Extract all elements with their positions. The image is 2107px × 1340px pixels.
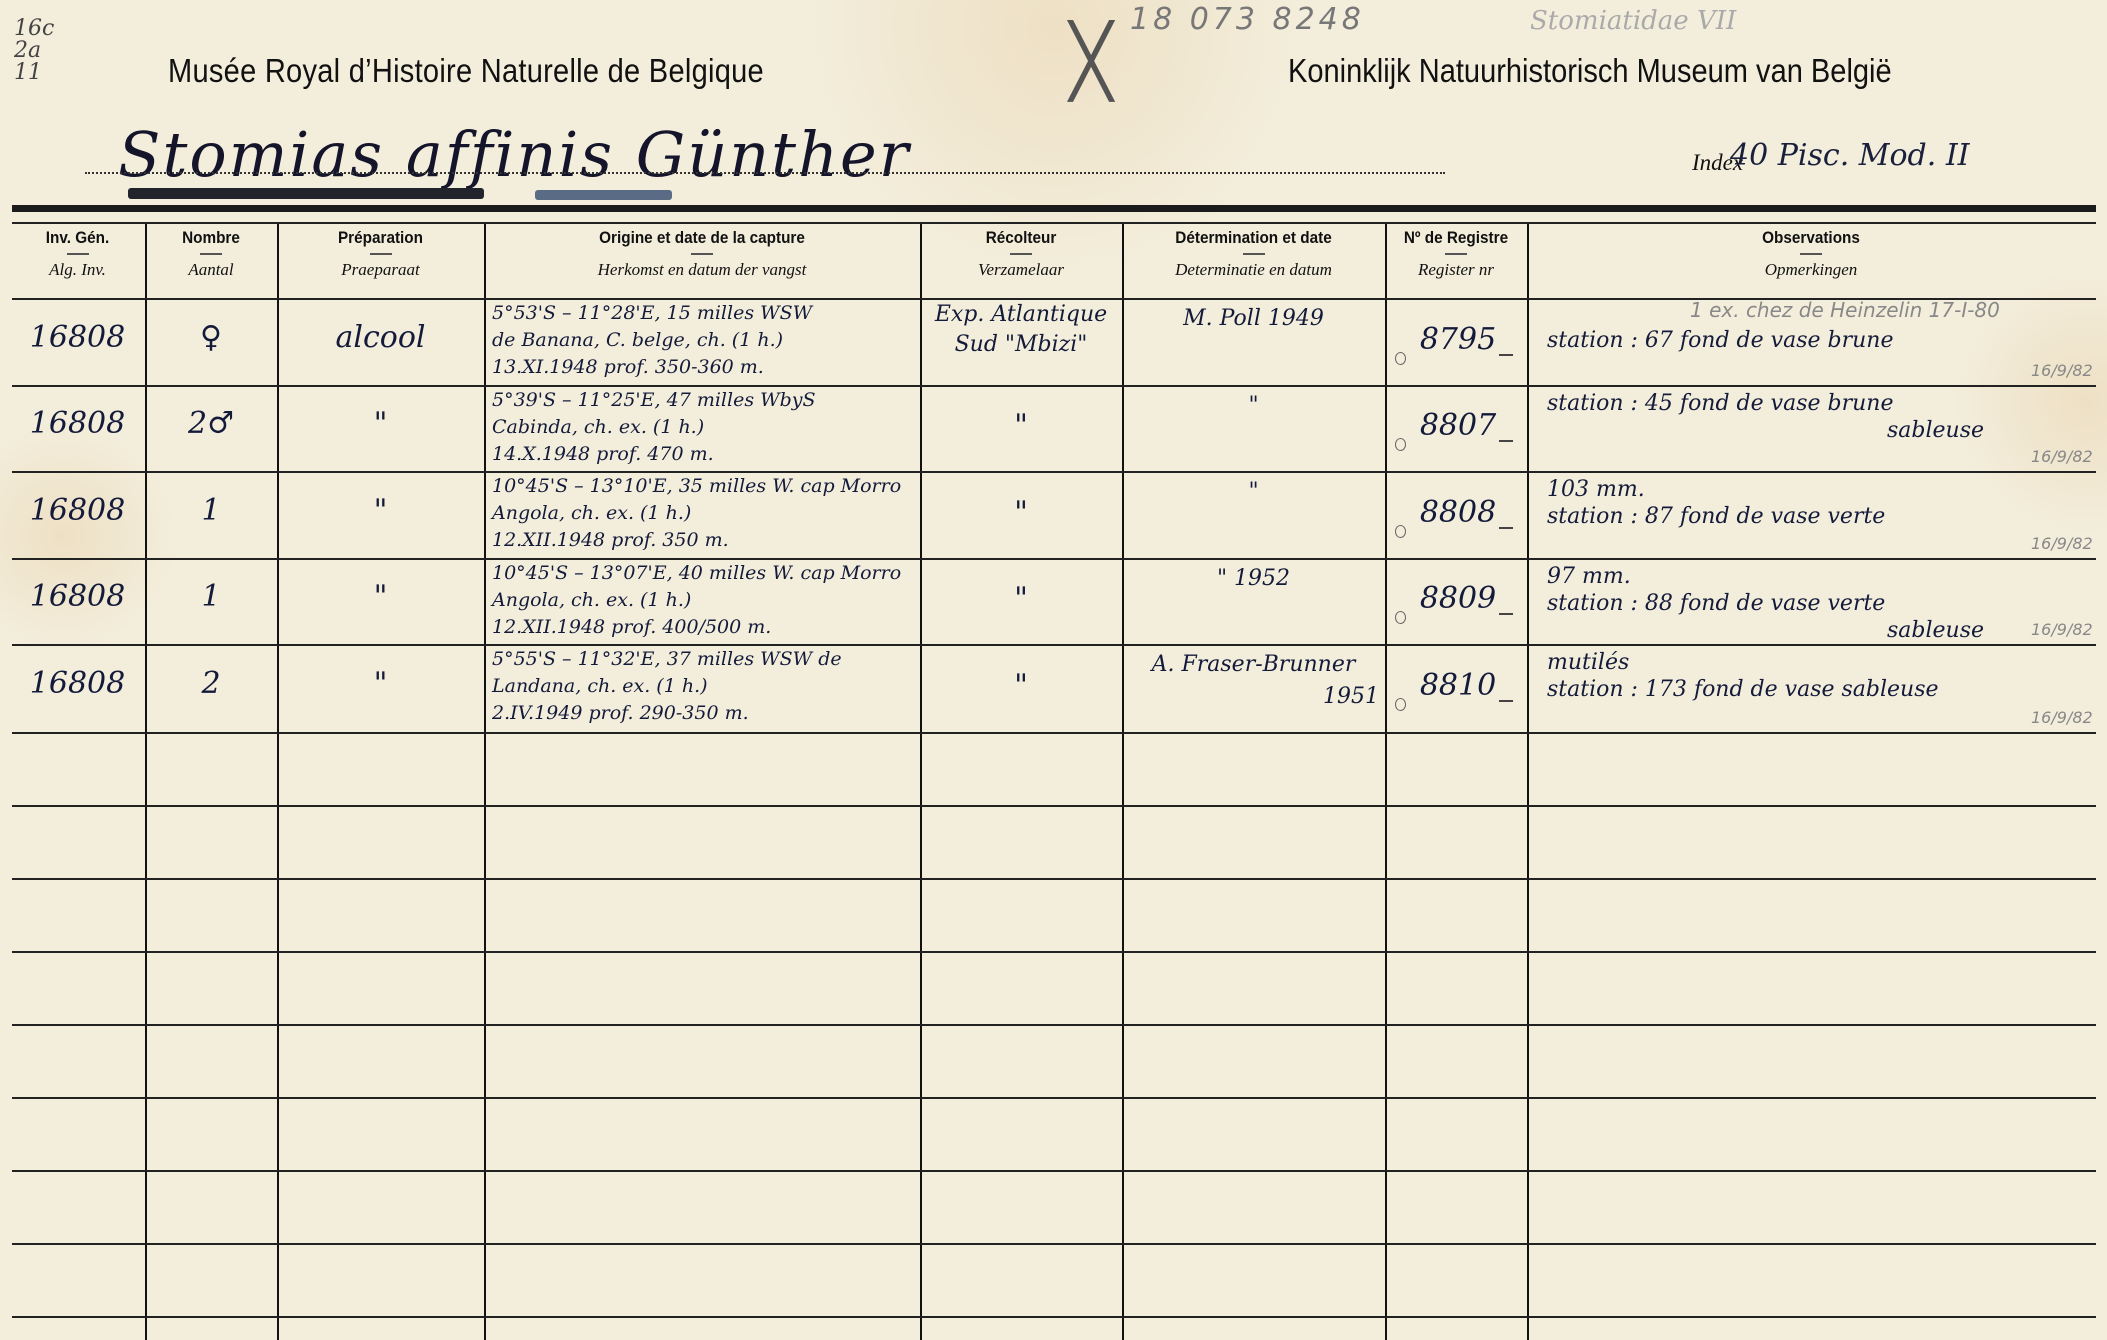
registre-cell[interactable]: 8808 bbox=[1407, 495, 1509, 530]
column-header-dash bbox=[370, 253, 392, 255]
nombre-cell[interactable]: 2♂ bbox=[145, 406, 277, 441]
origine-line[interactable]: 10°45'S – 13°07'E, 40 milles W. cap Morr… bbox=[492, 560, 916, 586]
column-header-dash bbox=[200, 253, 222, 255]
row-divider bbox=[12, 1097, 2096, 1099]
row-divider bbox=[12, 471, 2096, 473]
origine-line[interactable]: Angola, ch. ex. (1 h.) bbox=[492, 587, 916, 613]
registre-dash-mark bbox=[1499, 354, 1513, 356]
nombre-cell[interactable]: ♀ bbox=[145, 320, 277, 355]
inv-gen-cell[interactable]: 16808 bbox=[10, 493, 145, 528]
registre-circle-mark bbox=[1395, 525, 1406, 538]
registre-dash-mark bbox=[1499, 700, 1513, 702]
registre-dash-mark bbox=[1499, 440, 1513, 442]
column-header-fr: Observations bbox=[1555, 228, 2066, 248]
registre-circle-mark bbox=[1395, 438, 1406, 451]
registre-circle-mark bbox=[1395, 698, 1406, 711]
recolteur-line[interactable]: " bbox=[920, 668, 1122, 703]
preparation-cell[interactable]: alcool bbox=[277, 320, 484, 355]
column-divider bbox=[1385, 222, 1387, 1340]
recolteur-line[interactable]: " bbox=[920, 408, 1122, 443]
determination-line[interactable]: 1951 bbox=[1128, 684, 1379, 709]
column-header: Nº de RegistreRegister nr bbox=[1385, 224, 1527, 296]
row-divider bbox=[12, 732, 2096, 734]
inv-gen-cell[interactable]: 16808 bbox=[10, 406, 145, 441]
registre-cell[interactable]: 8810 bbox=[1407, 668, 1509, 703]
date-mark: 16/9/82 bbox=[2031, 447, 2093, 466]
observations-line[interactable]: 103 mm. bbox=[1547, 477, 2085, 502]
recolteur-line[interactable]: Sud "Mbizi" bbox=[920, 332, 1122, 357]
column-header: Détermination et dateDeterminatie en dat… bbox=[1122, 224, 1385, 296]
determination-line[interactable]: " 1952 bbox=[1128, 566, 1379, 591]
column-divider bbox=[1527, 222, 1529, 1340]
origine-line[interactable]: 12.XII.1948 prof. 350 m. bbox=[492, 527, 916, 553]
recolteur-line[interactable]: " bbox=[920, 581, 1122, 616]
row-divider bbox=[12, 951, 2096, 953]
date-mark: 16/9/82 bbox=[2031, 361, 2093, 380]
observations-line[interactable]: station : 88 fond de vase verte bbox=[1547, 591, 2085, 616]
observations-line[interactable]: station : 67 fond de vase brune bbox=[1547, 328, 2085, 353]
determination-line[interactable]: " bbox=[1128, 393, 1379, 418]
row-divider bbox=[12, 558, 2096, 560]
registre-circle-mark bbox=[1395, 611, 1406, 624]
column-divider bbox=[277, 222, 279, 1340]
inv-gen-cell[interactable]: 16808 bbox=[10, 579, 145, 614]
register-table: Inv. Gén.Alg. Inv.NombreAantalPréparatio… bbox=[0, 0, 2107, 1340]
column-header-fr: Origine et date de la capture bbox=[506, 228, 898, 248]
column-header-fr: Détermination et date bbox=[1135, 228, 1372, 248]
column-header-nl: Determinatie en datum bbox=[1122, 260, 1385, 280]
row-divider bbox=[12, 644, 2096, 646]
determination-line[interactable]: A. Fraser-Brunner bbox=[1128, 652, 1379, 677]
inv-gen-cell[interactable]: 16808 bbox=[10, 666, 145, 701]
recolteur-line[interactable]: " bbox=[920, 495, 1122, 530]
column-header-dash bbox=[691, 253, 713, 255]
observations-line[interactable]: sableuse bbox=[1887, 418, 2107, 443]
determination-line[interactable]: " bbox=[1128, 479, 1379, 504]
origine-line[interactable]: de Banana, C. belge, ch. (1 h.) bbox=[492, 327, 916, 353]
origine-line[interactable]: Cabinda, ch. ex. (1 h.) bbox=[492, 414, 916, 440]
column-divider bbox=[484, 222, 486, 1340]
date-mark: 16/9/82 bbox=[2031, 534, 2093, 553]
origine-line[interactable]: 13.XI.1948 prof. 350-360 m. bbox=[492, 354, 916, 380]
column-header-nl: Aantal bbox=[145, 260, 277, 280]
registre-dash-mark bbox=[1499, 527, 1513, 529]
observations-line[interactable]: mutilés bbox=[1547, 650, 2085, 675]
registre-circle-mark bbox=[1395, 352, 1406, 365]
origine-line[interactable]: 14.X.1948 prof. 470 m. bbox=[492, 441, 916, 467]
catalogue-card: 16c 2a 11 ╳ 18 073 8248 Stomiatidae VII … bbox=[0, 0, 2107, 1340]
column-header-fr: Préparation bbox=[287, 228, 473, 248]
row-divider bbox=[12, 1316, 2096, 1318]
column-header-fr: Nº de Registre bbox=[1392, 228, 1520, 248]
registre-cell[interactable]: 8807 bbox=[1407, 408, 1509, 443]
row-divider bbox=[12, 1243, 2096, 1245]
date-mark: 16/9/82 bbox=[2031, 708, 2093, 727]
observations-line[interactable]: 97 mm. bbox=[1547, 564, 2085, 589]
column-divider bbox=[145, 222, 147, 1340]
column-header-dash bbox=[1010, 253, 1032, 255]
registre-cell[interactable]: 8809 bbox=[1407, 581, 1509, 616]
origine-line[interactable]: 5°55'S – 11°32'E, 37 milles WSW de bbox=[492, 646, 916, 672]
registre-dash-mark bbox=[1499, 613, 1513, 615]
observations-line[interactable]: station : 45 fond de vase brune bbox=[1547, 391, 2085, 416]
date-mark: 16/9/82 bbox=[2031, 620, 2093, 639]
column-header: NombreAantal bbox=[145, 224, 277, 296]
column-divider bbox=[1122, 222, 1124, 1340]
column-header-nl: Herkomst en datum der vangst bbox=[484, 260, 920, 280]
column-header-nl: Verzamelaar bbox=[920, 260, 1122, 280]
column-header-dash bbox=[1243, 253, 1265, 255]
row-divider bbox=[12, 1170, 2096, 1172]
column-header-nl: Opmerkingen bbox=[1527, 260, 2095, 280]
origine-line[interactable]: 12.XII.1948 prof. 400/500 m. bbox=[492, 614, 916, 640]
row-divider bbox=[12, 878, 2096, 880]
row-divider bbox=[12, 1024, 2096, 1026]
observations-line[interactable]: station : 87 fond de vase verte bbox=[1547, 504, 2085, 529]
origine-line[interactable]: 10°45'S – 13°10'E, 35 milles W. cap Morr… bbox=[492, 473, 916, 499]
column-header-dash bbox=[1800, 253, 1822, 255]
column-header-dash bbox=[1445, 253, 1467, 255]
observations-line[interactable]: station : 173 fond de vase sableuse bbox=[1547, 677, 2085, 702]
origine-line[interactable]: Landana, ch. ex. (1 h.) bbox=[492, 673, 916, 699]
origine-line[interactable]: 5°39'S – 11°25'E, 47 milles WbyS bbox=[492, 387, 916, 413]
row-divider bbox=[12, 805, 2096, 807]
nombre-cell[interactable]: 1 bbox=[145, 579, 277, 614]
inv-gen-cell[interactable]: 16808 bbox=[10, 320, 145, 355]
recolteur-line[interactable]: Exp. Atlantique bbox=[920, 302, 1122, 327]
origine-line[interactable]: 5°53'S – 11°28'E, 15 milles WSW bbox=[492, 300, 916, 326]
column-header: PréparationPraeparaat bbox=[277, 224, 484, 296]
column-divider bbox=[920, 222, 922, 1340]
column-header: ObservationsOpmerkingen bbox=[1527, 224, 2095, 296]
column-header-fr: Nombre bbox=[152, 228, 271, 248]
preparation-cell[interactable]: " bbox=[277, 406, 484, 441]
determination-line[interactable]: M. Poll 1949 bbox=[1128, 306, 1379, 331]
column-header: RécolteurVerzamelaar bbox=[920, 224, 1122, 296]
column-header-nl: Alg. Inv. bbox=[10, 260, 145, 280]
observations-pencil-note: 1 ex. chez de Heinzelin 17-I-80 bbox=[1690, 298, 2000, 322]
origine-line[interactable]: Angola, ch. ex. (1 h.) bbox=[492, 500, 916, 526]
preparation-cell[interactable]: " bbox=[277, 666, 484, 701]
nombre-cell[interactable]: 1 bbox=[145, 493, 277, 528]
nombre-cell[interactable]: 2 bbox=[145, 666, 277, 701]
column-header-nl: Register nr bbox=[1385, 260, 1527, 280]
preparation-cell[interactable]: " bbox=[277, 579, 484, 614]
column-header-dash bbox=[67, 253, 89, 255]
column-header: Inv. Gén.Alg. Inv. bbox=[10, 224, 145, 296]
row-divider bbox=[12, 385, 2096, 387]
column-header-fr: Récolteur bbox=[930, 228, 1112, 248]
column-header: Origine et date de la captureHerkomst en… bbox=[484, 224, 920, 296]
column-header-nl: Praeparaat bbox=[277, 260, 484, 280]
registre-cell[interactable]: 8795 bbox=[1407, 322, 1509, 357]
preparation-cell[interactable]: " bbox=[277, 493, 484, 528]
origine-line[interactable]: 2.IV.1949 prof. 290-350 m. bbox=[492, 700, 916, 726]
column-header-fr: Inv. Gén. bbox=[17, 228, 139, 248]
